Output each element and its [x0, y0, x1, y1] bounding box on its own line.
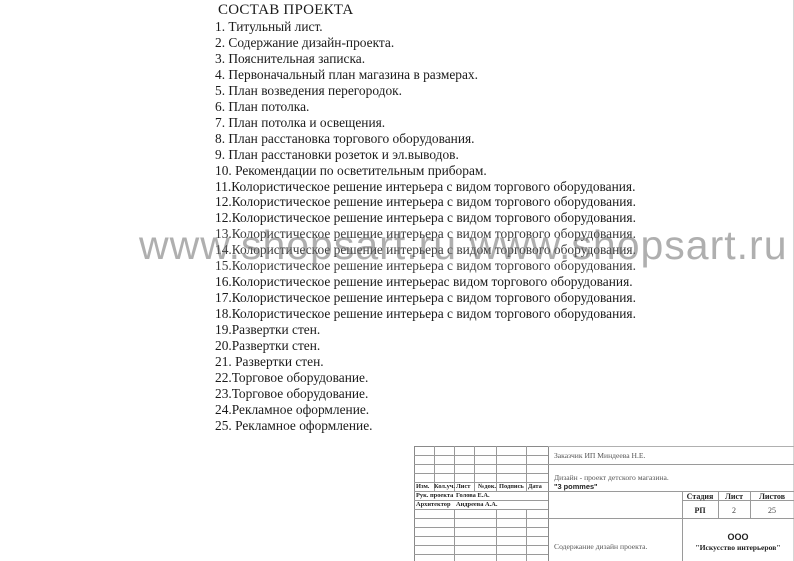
list-item: 8. План расстановка торгового оборудован…	[215, 131, 636, 147]
document-page: СОСТАВ ПРОЕКТА 1. Титульный лист.2. Соде…	[0, 0, 794, 561]
col-podpis: Подпись	[499, 483, 524, 491]
org-line2: "Искусство интерьеров"	[682, 543, 794, 552]
stage-label: Стадия	[682, 492, 718, 501]
list-item: 10. Рекомендации по осветительным прибор…	[215, 163, 636, 179]
col-kol-uch: Кол.уч.	[434, 483, 455, 491]
list-item: 1. Титульный лист.	[215, 19, 636, 35]
role-lead: Рук. проекта	[416, 492, 453, 500]
list-item: 25. Рекламное оформление.	[215, 418, 636, 434]
list-item: 13.Колористическое решение интерьера с в…	[215, 226, 636, 242]
list-item: 2. Содержание дизайн-проекта.	[215, 35, 636, 51]
name-architect: Андреева А.А.	[456, 501, 497, 509]
list-item: 7. План потолка и освещения.	[215, 115, 636, 131]
contents-list: 1. Титульный лист.2. Содержание дизайн-п…	[215, 19, 636, 434]
sheet-label: Лист	[718, 492, 750, 501]
sheets-label: Листов	[750, 492, 794, 501]
list-item: 22.Торговое оборудование.	[215, 370, 636, 386]
list-item: 14.Колористическое решение интерьера с в…	[215, 242, 636, 258]
col-izm: Изм.	[416, 483, 429, 491]
list-item: 19.Развертки стен.	[215, 322, 636, 338]
list-item: 9. План расстановки розеток и эл.выводов…	[215, 147, 636, 163]
title-block-stamp: Изм. Кол.уч. Лист №док. Подпись Дата Рук…	[414, 446, 794, 561]
project-name: "3 pommes"	[554, 482, 598, 491]
list-item: 5. План возведения перегородок.	[215, 83, 636, 99]
col-ndok: №док.	[478, 483, 496, 491]
stage-value: РП	[682, 506, 718, 515]
org-line1: ООО	[682, 532, 794, 542]
list-item: 20.Развертки стен.	[215, 338, 636, 354]
document-title: СОСТАВ ПРОЕКТА	[218, 2, 353, 19]
list-item: 15.Колористическое решение интерьера с в…	[215, 258, 636, 274]
role-architect: Архитектор	[416, 501, 451, 509]
sheet-title: Содержание дизайн проекта.	[554, 542, 647, 551]
list-item: 17.Колористическое решение интерьера с в…	[215, 290, 636, 306]
list-item: 4. Первоначальный план магазина в размер…	[215, 67, 636, 83]
list-item: 11.Колористическое решение интерьера с в…	[215, 179, 636, 195]
list-item: 12.Колористическое решение интерьера с в…	[215, 194, 636, 210]
col-data: Дата	[528, 483, 542, 491]
list-item: 3. Пояснительная записка.	[215, 51, 636, 67]
customer-text: Заказчик ИП Миндеева Н.Е.	[554, 451, 645, 460]
list-item: 6. План потолка.	[215, 99, 636, 115]
list-item: 24.Рекламное оформление.	[215, 402, 636, 418]
name-lead: Голова Е.А.	[456, 492, 490, 500]
sheets-value: 25	[750, 506, 794, 515]
list-item: 21. Развертки стен.	[215, 354, 636, 370]
project-title: Дизайн - проект детского магазина.	[554, 473, 669, 482]
list-item: 23.Торговое оборудование.	[215, 386, 636, 402]
list-item: 16.Колористическое решение интерьерас ви…	[215, 274, 636, 290]
list-item: 12.Колористическое решение интерьера с в…	[215, 210, 636, 226]
col-list: Лист	[456, 483, 470, 491]
sheet-value: 2	[718, 506, 750, 515]
list-item: 18.Колористическое решение интерьера с в…	[215, 306, 636, 322]
